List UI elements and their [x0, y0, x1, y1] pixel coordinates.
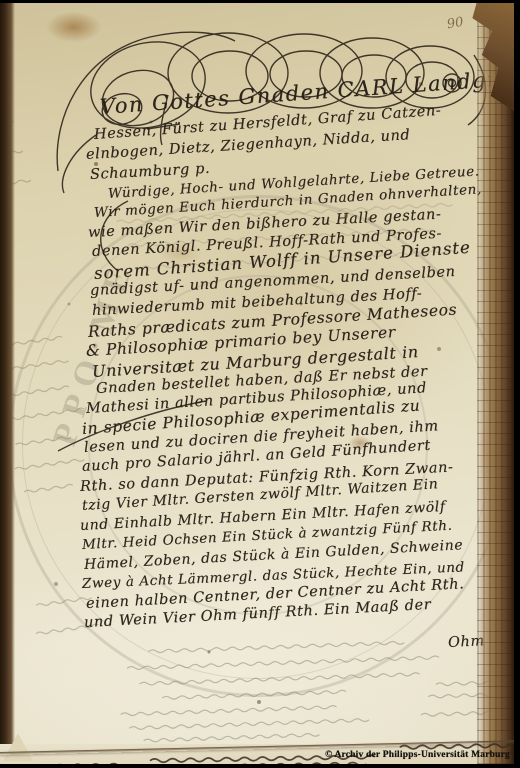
book-binding-edge: [0, 3, 15, 764]
scanned-manuscript-photo: PPO·ME: [0, 0, 520, 768]
document-page: PPO·ME: [0, 3, 514, 764]
book-page-edges: [477, 3, 514, 764]
paper-speckles: [0, 3, 2, 5]
page-number: 90: [446, 15, 465, 33]
archive-credit: © Archiv der Philipps-Universität Marbur…: [325, 750, 510, 760]
